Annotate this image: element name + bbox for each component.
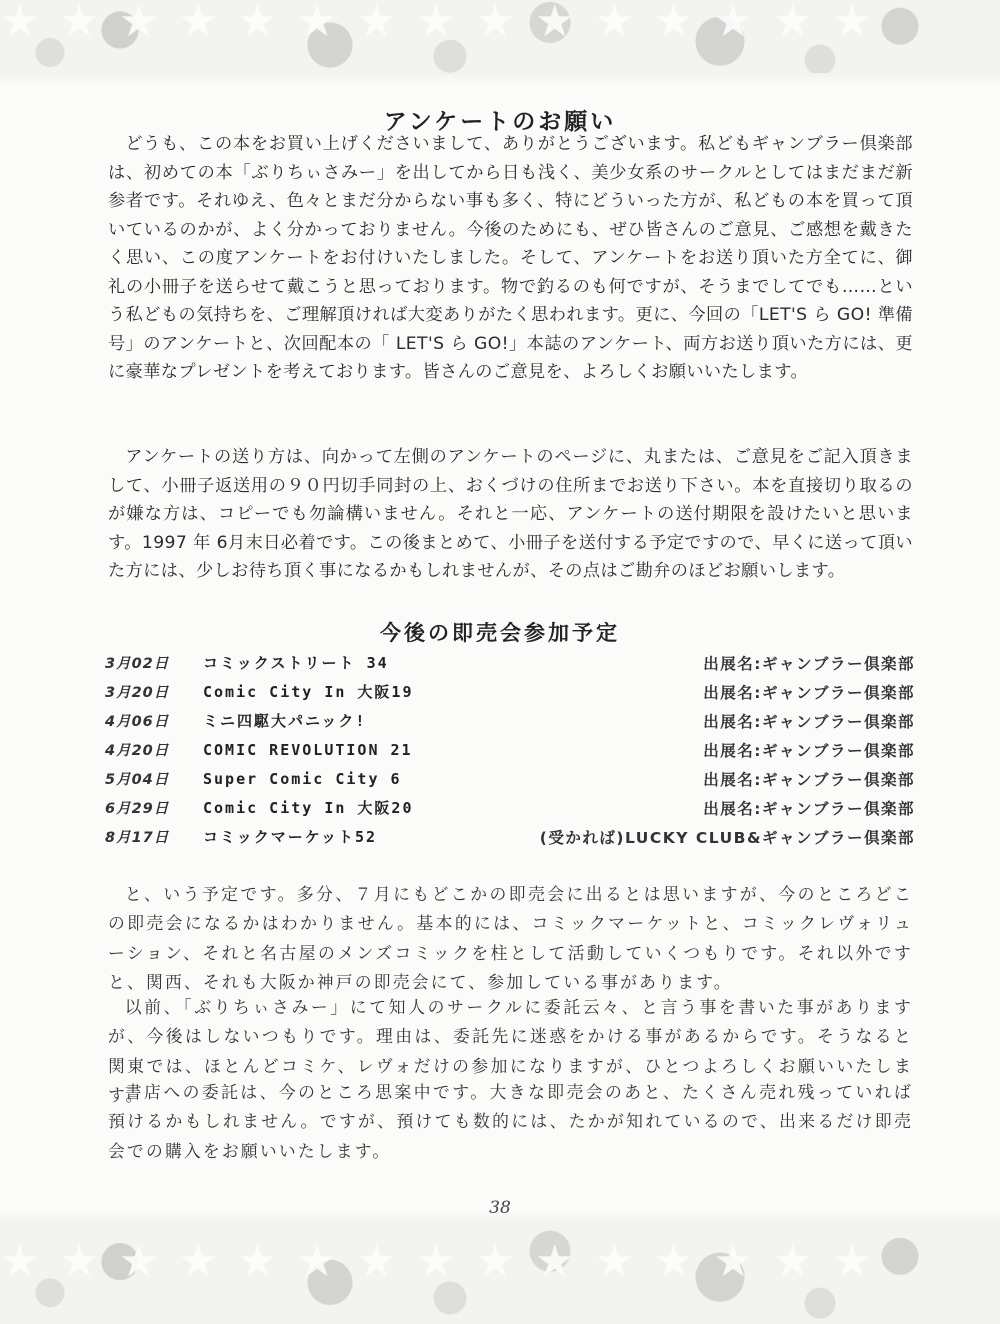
event-name: COMIC REVOLUTION 21 bbox=[203, 741, 413, 759]
star-pattern-icon: ★★★★★★★★★★★★★★★ bbox=[0, 0, 1000, 75]
event-name: Super Comic City 6 bbox=[203, 770, 402, 788]
event-schedule-title: 今後の即売会参加予定 bbox=[0, 617, 1000, 647]
schedule-notes-paragraph: と、いう予定です。多分、７月にもどこかの即売会に出るとは思いますが、今のところど… bbox=[108, 880, 913, 997]
survey-intro-paragraph: どうも、この本をお買い上げくださいまして、ありがとうございます。私どもギャンブラ… bbox=[108, 130, 913, 387]
schedule-row: 4月06日 ミニ四駆大パニック! 出展名:ギャンブラー倶楽部 bbox=[105, 706, 915, 735]
event-name: Comic City In 大阪19 bbox=[203, 681, 414, 702]
event-name: コミックマーケット52 bbox=[203, 826, 377, 847]
event-date: 5月04日 bbox=[105, 768, 203, 789]
circle-name: 出展名:ギャンブラー倶楽部 bbox=[703, 739, 915, 761]
schedule-row: 4月20日 COMIC REVOLUTION 21 出展名:ギャンブラー倶楽部 bbox=[105, 735, 915, 764]
event-date: 4月20日 bbox=[105, 739, 203, 760]
event-date: 8月17日 bbox=[105, 826, 203, 847]
circle-name: 出展名:ギャンブラー倶楽部 bbox=[703, 681, 915, 703]
event-date: 3月02日 bbox=[105, 652, 203, 673]
event-date: 6月29日 bbox=[105, 797, 203, 818]
schedule-row: 8月17日 コミックマーケット52 (受かれば)LUCKY CLUB&ギャンブラ… bbox=[105, 822, 915, 851]
event-name: ミニ四駆大パニック! bbox=[203, 710, 366, 731]
bottom-star-border: ★★★★★★★★★★★★★★★ bbox=[0, 1220, 1000, 1324]
circle-name: (受かれば)LUCKY CLUB&ギャンブラー倶楽部 bbox=[540, 826, 915, 848]
schedule-row: 6月29日 Comic City In 大阪20 出展名:ギャンブラー倶楽部 bbox=[105, 793, 915, 822]
top-star-border: ★★★★★★★★★★★★★★★ bbox=[0, 0, 1000, 75]
survey-instructions-paragraph: アンケートの送り方は、向かって左側のアンケートのページに、丸または、ご意見をご記… bbox=[108, 443, 913, 586]
bookstore-paragraph: 書店への委託は、今のところ思案中です。大きな即売会のあと、たくさん売れ残っていれ… bbox=[108, 1078, 913, 1166]
schedule-row: 3月02日 コミックストリート 34 出展名:ギャンブラー倶楽部 bbox=[105, 648, 915, 677]
circle-name: 出展名:ギャンブラー倶楽部 bbox=[703, 710, 915, 732]
event-schedule-list: 3月02日 コミックストリート 34 出展名:ギャンブラー倶楽部 3月20日 C… bbox=[105, 648, 915, 851]
circle-name: 出展名:ギャンブラー倶楽部 bbox=[703, 768, 915, 790]
schedule-row: 3月20日 Comic City In 大阪19 出展名:ギャンブラー倶楽部 bbox=[105, 677, 915, 706]
circle-name: 出展名:ギャンブラー倶楽部 bbox=[703, 797, 915, 819]
event-date: 3月20日 bbox=[105, 681, 203, 702]
event-date: 4月06日 bbox=[105, 710, 203, 731]
event-name: コミックストリート 34 bbox=[203, 652, 389, 673]
event-name: Comic City In 大阪20 bbox=[203, 797, 414, 818]
schedule-row: 5月04日 Super Comic City 6 出展名:ギャンブラー倶楽部 bbox=[105, 764, 915, 793]
circle-name: 出展名:ギャンブラー倶楽部 bbox=[703, 652, 915, 674]
star-pattern-icon: ★★★★★★★★★★★★★★★ bbox=[0, 1240, 1000, 1324]
